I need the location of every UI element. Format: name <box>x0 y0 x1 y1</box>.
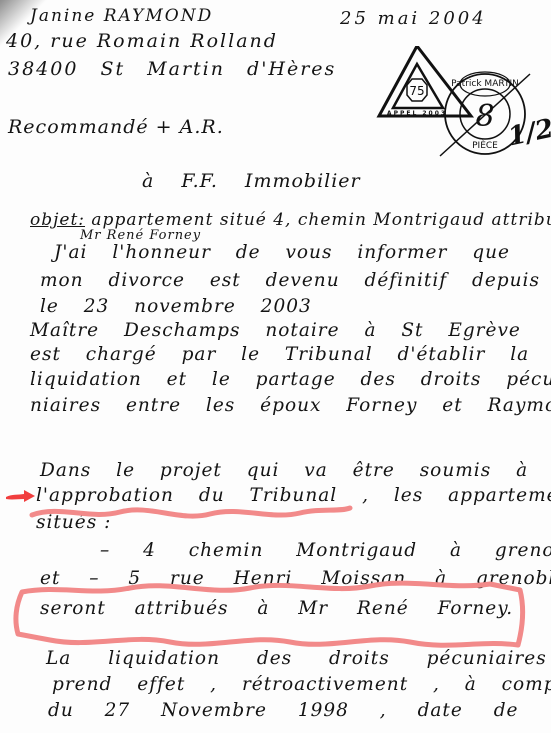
body-line: prend effet , rétroactivement , à compte… <box>52 674 551 695</box>
body-line: Dans le projet qui va être soumis à <box>40 460 528 481</box>
subject-text: appartement situé 4, chemin Montrigaud a… <box>91 210 551 230</box>
body-line: est chargé par le Tribunal d'établir la <box>30 344 529 365</box>
body-line: liquidation et le partage des droits péc… <box>30 369 551 390</box>
svg-text:Patrick MARTIN: Patrick MARTIN <box>451 79 519 89</box>
sender-address: 40, rue Romain Rolland <box>6 30 278 52</box>
recipient: à F.F. Immobilier <box>142 170 361 192</box>
red-arrow-icon <box>4 489 36 503</box>
body-line: niaires entre les époux Forney et Raymon… <box>30 395 551 416</box>
body-line-boxed: seront attribués à Mr René Forney. <box>40 598 513 619</box>
body-line: La liquidation des droits pécuniaires <box>46 648 547 669</box>
body-line: le 23 novembre 2003 <box>40 296 312 317</box>
subject-continuation: Mr René Forney <box>80 228 201 243</box>
body-line: Maître Deschamps notaire à St Egrève <box>30 320 521 341</box>
svg-text:PIÈCE: PIÈCE <box>472 139 498 151</box>
body-line-highlighted: l'approbation du Tribunal , les appartem… <box>36 485 551 506</box>
body-line: et – 5 rue Henri Moissan à grenoble <box>40 568 551 589</box>
letter-date: 25 mai 2004 <box>340 8 487 29</box>
body-line: situés : <box>36 512 111 533</box>
body-line: – 4 chemin Montrigaud à grenoble <box>100 540 551 561</box>
scanned-letter-page: Janine RAYMOND 40, rue Romain Rolland 38… <box>0 0 551 733</box>
sender-city: 38400 St Martin d'Hères <box>8 58 336 80</box>
body-line: J'ai l'honneur de vous informer que <box>54 242 510 263</box>
body-line: mon divorce est devenu définitif depuis <box>40 270 540 291</box>
svg-text:8: 8 <box>475 99 494 134</box>
body-line: du 27 Novembre 1998 , date de <box>48 700 519 721</box>
subject-label: objet: <box>30 210 85 230</box>
sender-name: Janine RAYMOND <box>30 6 213 26</box>
svg-text:75: 75 <box>409 84 424 98</box>
delivery-method: Recommandé + A.R. <box>8 116 224 138</box>
subject-line: objet: appartement situé 4, chemin Montr… <box>30 210 551 230</box>
